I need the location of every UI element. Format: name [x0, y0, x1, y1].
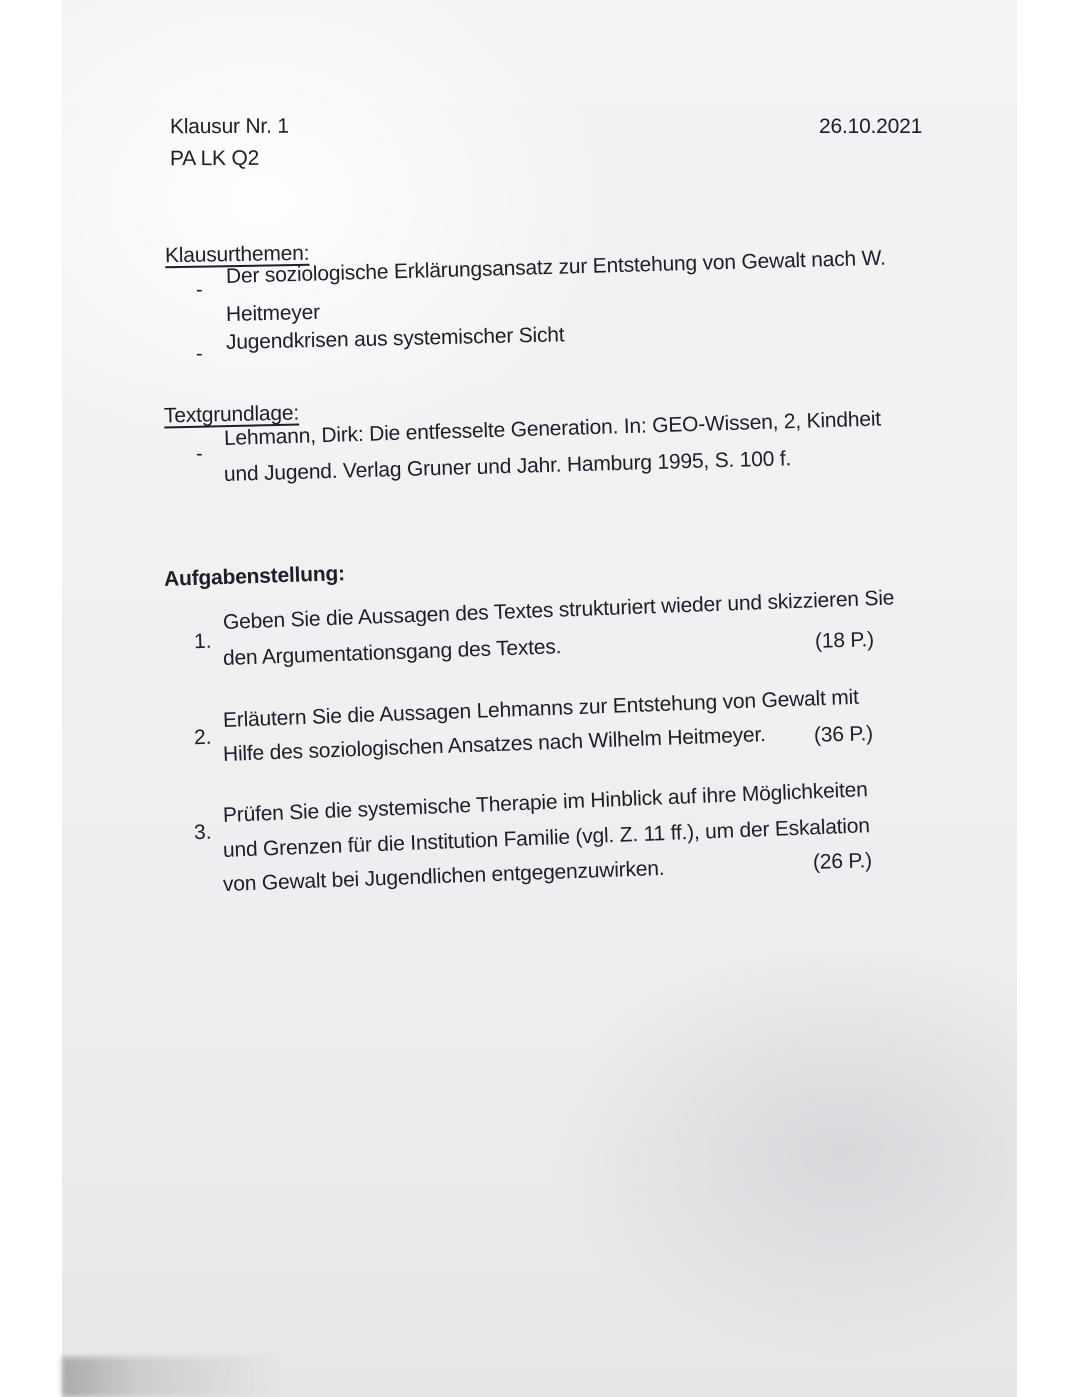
- task-3-points: (26 P.): [813, 850, 872, 873]
- task-number: 1.: [194, 631, 212, 653]
- topic-bullet: -: [196, 344, 203, 364]
- task-number: 2.: [194, 727, 212, 749]
- topic-item-continued: Heitmeyer: [226, 302, 320, 325]
- task-number: 3.: [194, 822, 212, 844]
- task-1-points: (18 P.): [815, 629, 874, 652]
- task-2-points: (36 P.): [814, 723, 873, 746]
- source-heading: Textgrundlage:: [164, 402, 299, 426]
- source-bullet: -: [196, 444, 203, 464]
- topic-bullet: -: [196, 280, 203, 300]
- exam-date: 26.10.2021: [819, 116, 922, 137]
- tasks-heading: Aufgabenstellung:: [164, 563, 346, 590]
- photo-shadow: [62, 1357, 282, 1397]
- exam-title: Klausur Nr. 1: [170, 116, 289, 138]
- course-label: PA LK Q2: [170, 148, 259, 169]
